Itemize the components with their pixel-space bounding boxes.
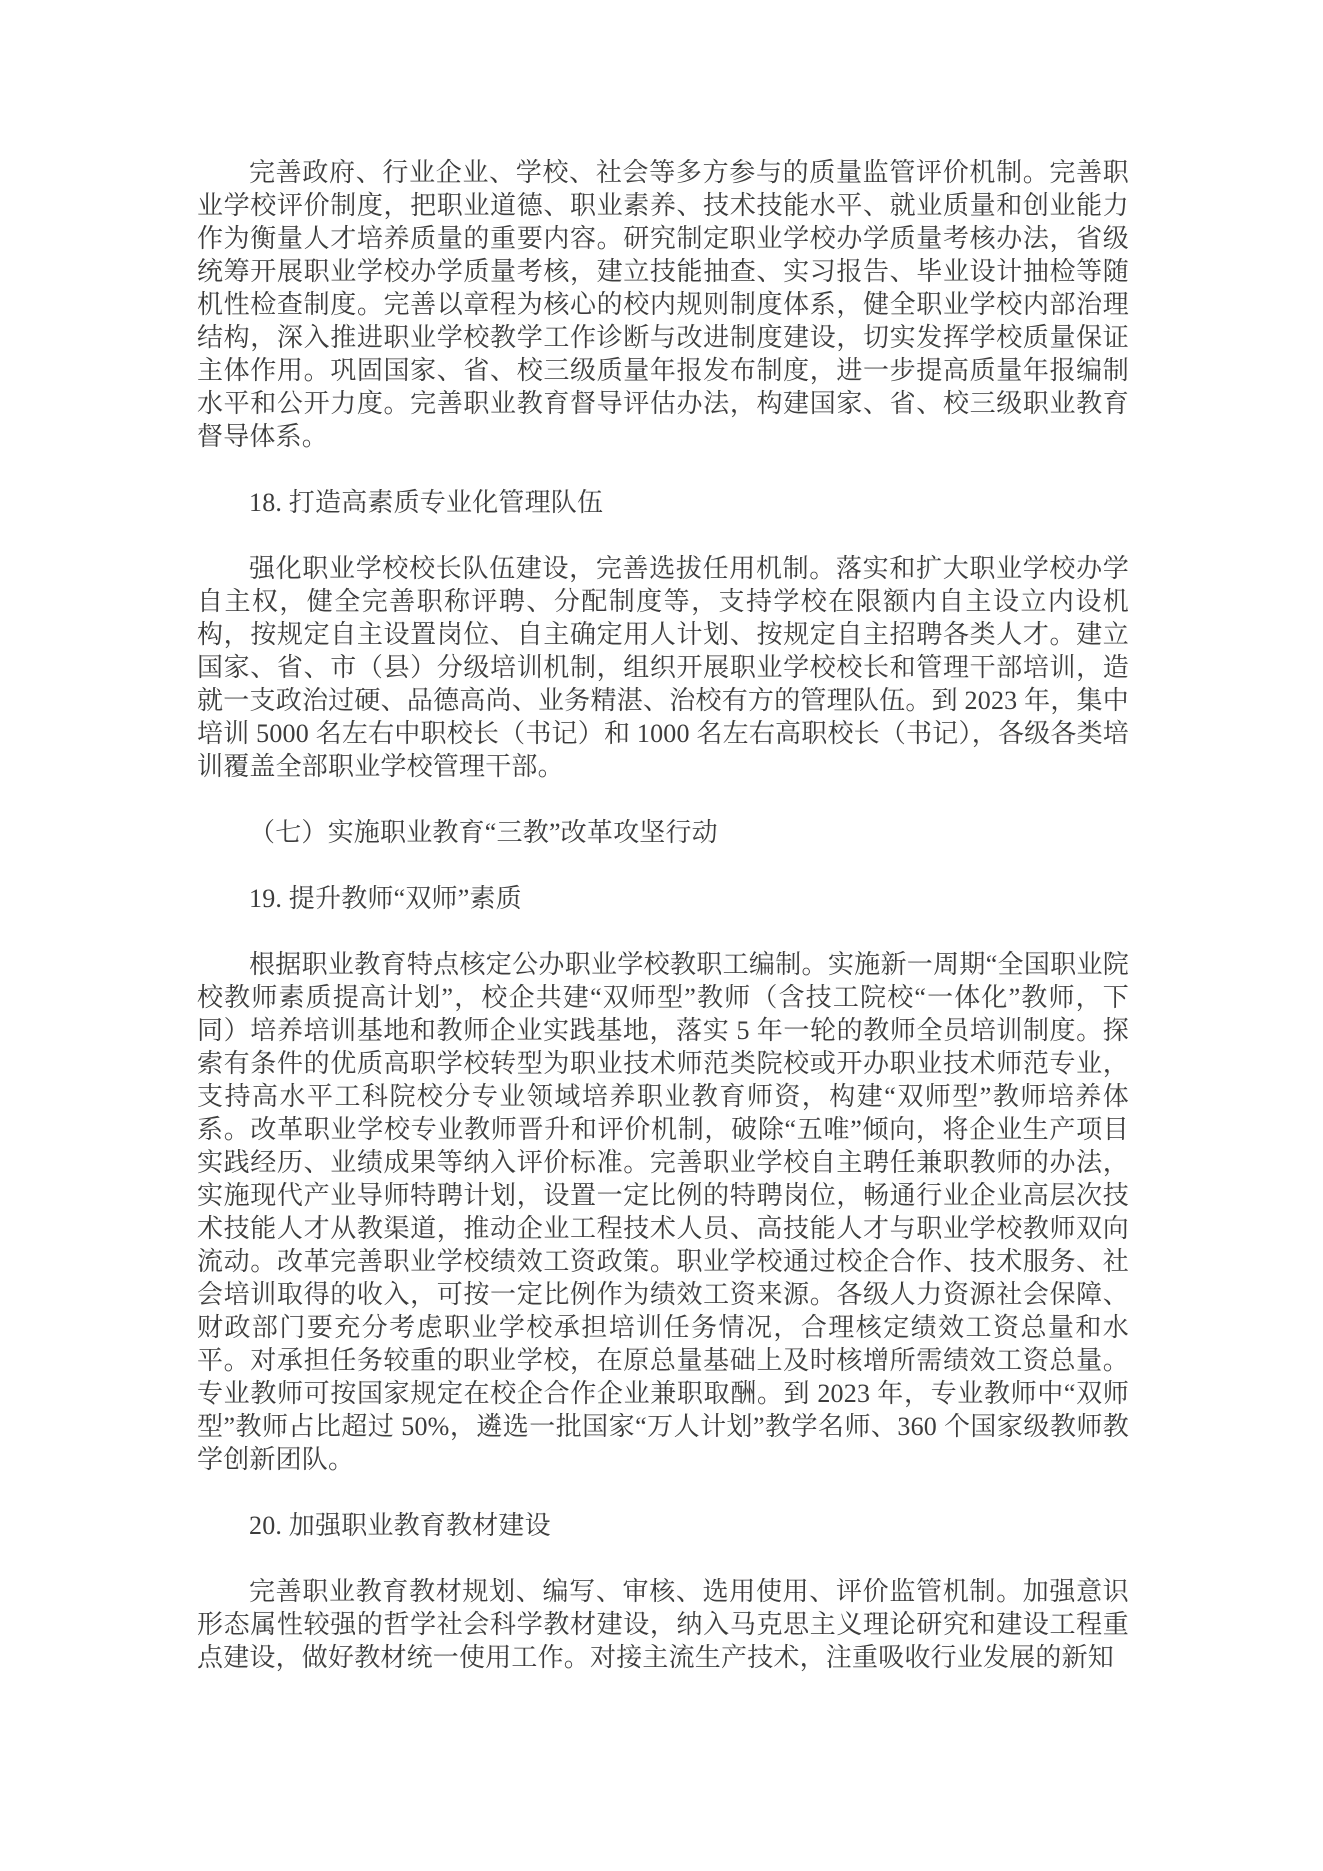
paragraph-management-team: 强化职业学校校长队伍建设，完善选拔任用机制。落实和扩大职业学校办学自主权，健全完… xyxy=(197,552,1129,783)
heading-item-20: 20. 加强职业教育教材建设 xyxy=(197,1509,1129,1542)
paragraph-teacher-quality: 根据职业教育特点核定公办职业学校教职工编制。实施新一周期“全国职业院校教师素质提… xyxy=(197,948,1129,1476)
text-column: 完善政府、行业企业、学校、社会等多方参与的质量监管评价机制。完善职业学校评价制度… xyxy=(197,156,1129,1674)
document-page: 完善政府、行业企业、学校、社会等多方参与的质量监管评价机制。完善职业学校评价制度… xyxy=(0,0,1323,1871)
paragraph-quality-supervision: 完善政府、行业企业、学校、社会等多方参与的质量监管评价机制。完善职业学校评价制度… xyxy=(197,156,1129,453)
paragraph-textbook-construction: 完善职业教育教材规划、编写、审核、选用使用、评价监管机制。加强意识形态属性较强的… xyxy=(197,1575,1129,1674)
heading-item-19: 19. 提升教师“双师”素质 xyxy=(197,882,1129,915)
heading-item-18: 18. 打造高素质专业化管理队伍 xyxy=(197,486,1129,519)
heading-section-7: （七）实施职业教育“三教”改革攻坚行动 xyxy=(197,816,1129,849)
